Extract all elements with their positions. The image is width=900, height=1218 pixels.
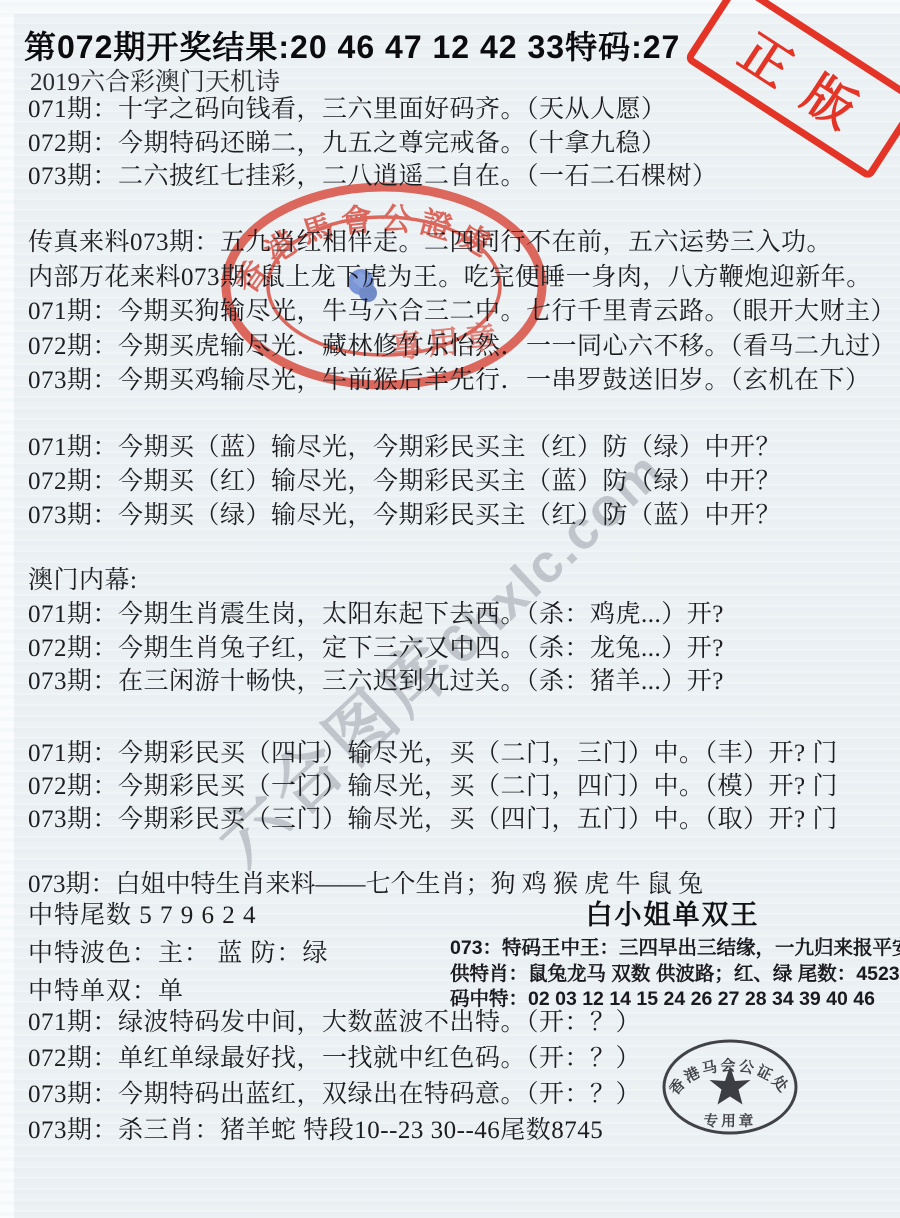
text-line: 072期：今期生肖兔子红，定下三六又中四。（杀：龙兔...）开?	[28, 632, 724, 666]
baixiaojie-title: 白小姐单双王	[450, 893, 895, 932]
text-line: 071期：今期买（蓝）输尽光，今期彩民买主（红）防（绿）中开？	[28, 431, 781, 465]
text-line: 073期：今期买（绿）输尽光，今期彩民买主（红）防（蓝）中开？	[28, 499, 781, 533]
oval-notary-seal: 香港马会公证处 专用章	[658, 1036, 802, 1140]
oval-seal-bottom-text: 专用章	[704, 1112, 757, 1130]
text-line: 071期：今期彩民买（四门）输尽光，买（二门，三门）中。（丰）开? 门	[28, 737, 838, 770]
text-line: 内部万花来料073期: 鼠上龙下虎为王。吃完便睡一身肉，八方鞭炮迎新年。	[28, 261, 896, 296]
text-line: 071期：今期买狗输尽光，牛马六合三二中。七行千里青云路。（眼开大财主）	[28, 295, 896, 330]
baixiaojie-block: 白小姐单双王 073：特码王中王：三四早出三结缘，一九归来报平安 供特肖：鼠兔龙…	[450, 893, 895, 1013]
door-bets-section: 071期：今期彩民买（四门）输尽光，买（二门，三门）中。（丰）开? 门 072期…	[28, 737, 838, 836]
authentic-stamp-text: 正版	[712, 4, 894, 157]
text-line: 072期：今期买（红）输尽光，今期彩民买主（蓝）防（绿）中开？	[28, 465, 781, 499]
wave-predictions-section: 071期：绿波特码发中间，大数蓝波不出特。（开：？） 072期：单红单绿最好找，…	[28, 1005, 641, 1149]
text-line: 071期：今期生肖震生岗，太阳东起下去西。（杀：鸡虎...）开?	[28, 598, 724, 632]
tianji-poems-section: 071期：十字之码向钱看，三六里面好码齐。（天从人愿） 072期：今期特码还睇二…	[28, 93, 718, 194]
special-left-column: 中特尾数 5 7 9 6 2 4 中特波色：主： 蓝 防：绿 中特单双：单	[28, 897, 329, 1011]
text-line: 072期：单红单绿最好找，一找就中红色码。（开：？）	[28, 1041, 641, 1077]
text-line: 供特肖：鼠兔龙马 双数 供波路；红、绿 尾数：4523	[450, 962, 895, 988]
macau-insider-section: 澳门内幕: 071期：今期生肖震生岗，太阳东起下去西。（杀：鸡虎...）开? 0…	[28, 564, 724, 699]
text-line: 073期：今期买鸡输尽光，牛前猴后羊先行．一串罗鼓送旧岁。（玄机在下）	[28, 364, 896, 399]
text-line: 072期：今期特码还睇二，九五之尊完戒备。（十拿九稳）	[28, 127, 718, 161]
text-line: 073期：二六披红七挂彩，二八逍遥二自在。（一石二石棵树）	[28, 160, 718, 194]
scan-edge-left	[0, 0, 14, 1218]
text-line: 传真来料073期：五九当红相伴走。二四同行不在前，五六运势三入功。	[28, 226, 896, 261]
text-line: 073期：今期特码出蓝红，双绿出在特码意。（开：？）	[28, 1077, 641, 1113]
text-line: 073：特码王中王：三四早出三结缘，一九归来报平安	[450, 936, 895, 962]
color-bets-section: 071期：今期买（蓝）输尽光，今期彩民买主（红）防（绿）中开？ 072期：今期买…	[28, 431, 781, 533]
section-header: 澳门内幕:	[28, 564, 724, 598]
text-line: 中特波色：主： 蓝 防：绿	[28, 935, 329, 973]
fax-tips-section: 传真来料073期：五九当红相伴走。二四同行不在前，五六运势三入功。 内部万花来料…	[28, 226, 896, 399]
text-line: 073期：在三闲游十畅快，三六迟到九过关。（杀：猪羊...）开?	[28, 665, 724, 699]
text-line: 072期：今期买虎输尽光．藏林修竹乐怡然．一一同心六不移。（看马二九过）	[28, 330, 896, 365]
text-line: 中特尾数 5 7 9 6 2 4	[28, 897, 329, 935]
text-line: 072期：今期彩民买（一门）输尽光，买（二门，四门）中。（模）开? 门	[28, 770, 838, 803]
text-line: 071期：绿波特码发中间，大数蓝波不出特。（开：？）	[28, 1005, 641, 1041]
text-line: 073期：杀三肖：猪羊蛇 特段10--23 30--46尾数8745	[28, 1113, 641, 1149]
text-line: 071期：十字之码向钱看，三六里面好码齐。（天从人愿）	[28, 93, 718, 127]
text-line: 073期：今期彩民买（三门）输尽光，买（四门，五门）中。（取）开? 门	[28, 803, 838, 836]
scanned-lottery-sheet: 六合图库6hxlc.com 香港馬會公證處 專用章 正版 第072期开奖结果:2…	[0, 0, 900, 1218]
